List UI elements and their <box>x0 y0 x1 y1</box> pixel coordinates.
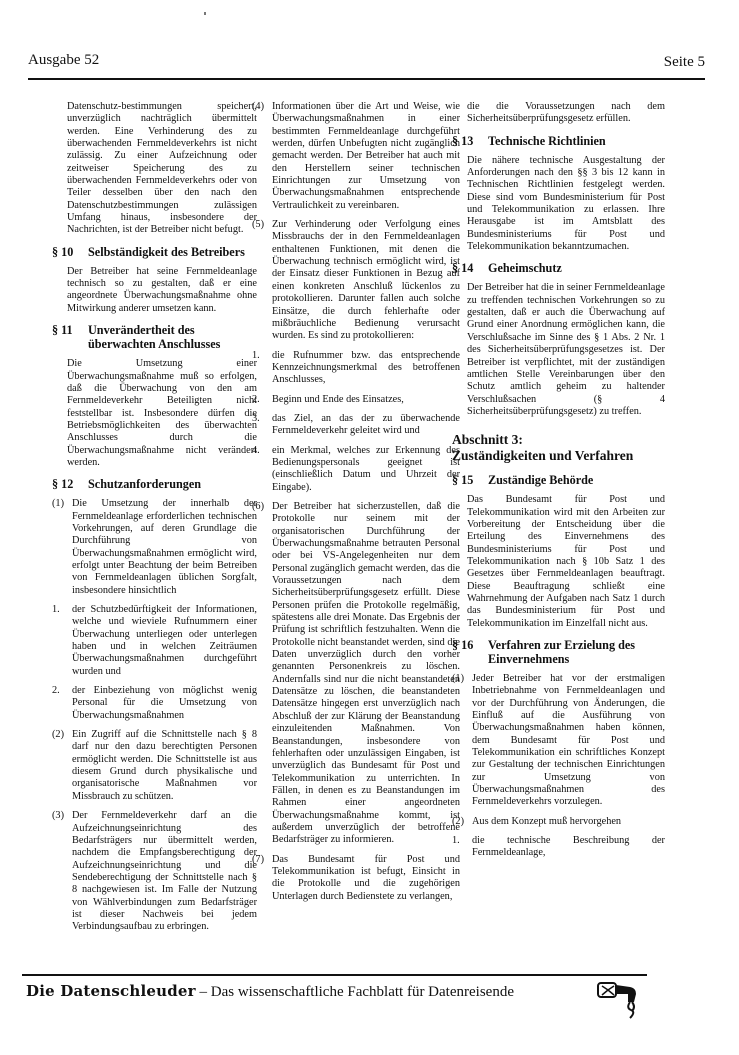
list-item: 3.das Ziel, an das der zu überwachende F… <box>252 413 460 438</box>
paragraph: Das Bundesamt für Post und Telekommunika… <box>467 494 665 630</box>
list-item: (2)Aus dem Konzept muß hervorgehen <box>452 816 665 828</box>
section-heading-13: § 13Technische Richtlinien <box>452 134 665 148</box>
section-heading-10: § 10Selbständigkeit des Betreibers <box>52 245 257 259</box>
list-item: (1)Die Umsetzung der innerhalb der Fernm… <box>52 498 257 597</box>
list-item: 1.die technische Beschreibung der Fernme… <box>452 835 665 860</box>
column-2: (4)Informationen über die Art und Weise,… <box>252 101 460 910</box>
header-rule <box>28 78 705 80</box>
paragraph: die die Voraussetzungen nach dem Sicherh… <box>467 101 665 126</box>
list-item: (3)Der Fernmeldeverkehr darf an die Aufz… <box>52 810 257 933</box>
tagline: – Das wissenschaftliche Fachblatt für Da… <box>196 984 514 1000</box>
footer-rule <box>22 974 647 976</box>
column-1: Datenschutz-bestimmungen speichert, unve… <box>52 101 257 941</box>
magazine-brand: Die Datenschleuder <box>26 982 196 1000</box>
list-item: 4.ein Merkmal, welches zur Erkennung des… <box>252 445 460 494</box>
page-footer: Die Datenschleuder – Das wissenschaftlic… <box>26 982 514 1001</box>
list-item: 2.Beginn und Ende des Einsatzes, <box>252 394 460 406</box>
section-heading-11: § 11Unverändertheit des überwachten Ansc… <box>52 323 257 351</box>
paragraph: Die nähere technische Ausgestaltung der … <box>467 155 665 254</box>
list-item: (6)Der Betreiber hat sicherzustellen, da… <box>252 501 460 847</box>
page-number: Seite 5 <box>664 54 705 71</box>
data-pump-nozzle-icon <box>596 980 648 1022</box>
page-header: Ausgabe 52 Seite 5 <box>28 52 705 78</box>
paragraph: Der Betreiber hat die in seiner Fernmeld… <box>467 282 665 418</box>
paragraph: Der Betreiber hat seine Fernmeldeanlage … <box>67 266 257 315</box>
section-heading-12: § 12Schutzanforderungen <box>52 477 257 491</box>
chapter-heading: Abschnitt 3: Zuständigkeiten und Verfahr… <box>452 432 665 464</box>
section-heading-16: § 16Verfahren zur Erzielung des Einverne… <box>452 638 665 666</box>
list-item: 1.der Schutzbedürftigkeit der Informatio… <box>52 604 257 678</box>
list-item: (5)Zur Verhinderung oder Verfolgung eine… <box>252 219 460 342</box>
section-heading-15: § 15Zuständige Behörde <box>452 473 665 487</box>
section-heading-14: § 14Geheimschutz <box>452 261 665 275</box>
issue-label: Ausgabe 52 <box>28 52 99 69</box>
list-item: (2)Ein Zugriff auf die Schnittstelle nac… <box>52 729 257 803</box>
list-item: 2.der Einbeziehung von möglichst wenig P… <box>52 685 257 722</box>
paragraph: Datenschutz-bestimmungen speichert, unve… <box>67 101 257 237</box>
column-3: die die Voraussetzungen nach dem Sicherh… <box>452 101 665 867</box>
list-item: (1)Jeder Betreiber hat vor der erstmalig… <box>452 673 665 809</box>
paragraph: Die Umsetzung einer Überwachungsmaßnahme… <box>67 358 257 469</box>
list-item: (4)Informationen über die Art und Weise,… <box>252 101 460 212</box>
scan-speck <box>204 12 206 15</box>
list-item: (7)Das Bundesamt für Post und Telekommun… <box>252 854 460 903</box>
list-item: 1.die Rufnummer bzw. das entsprechende K… <box>252 350 460 387</box>
